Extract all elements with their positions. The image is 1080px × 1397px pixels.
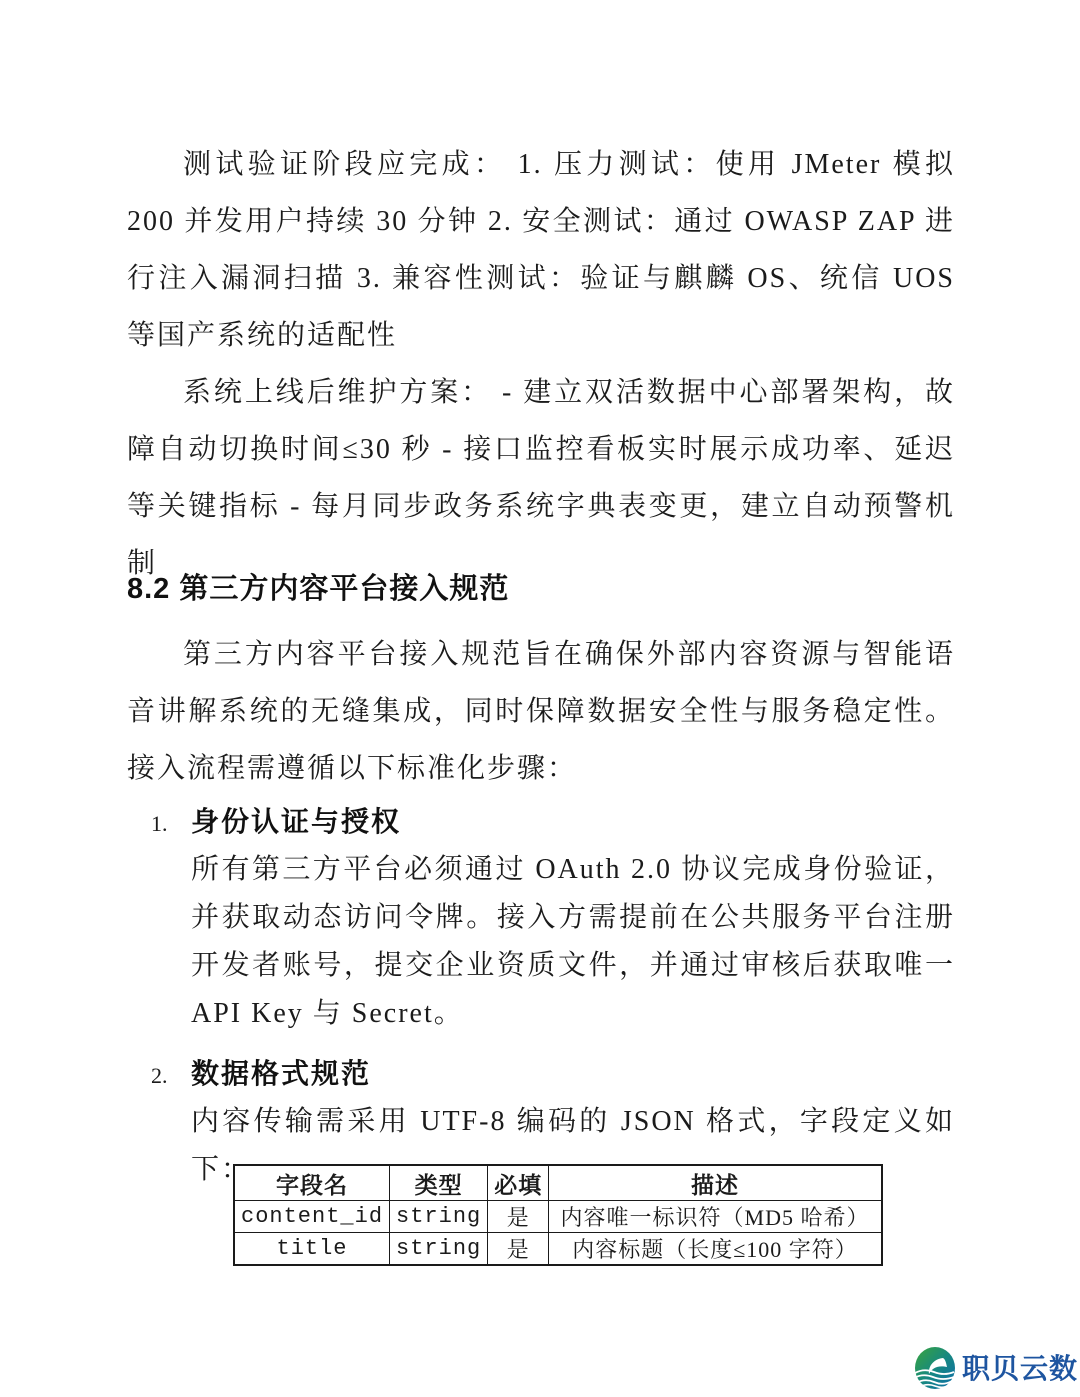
document-page: 测试验证阶段应完成： 1. 压力测试：使用 JMeter 模拟 200 并发用户… [0,0,1080,1397]
cell-field-name: title [234,1233,390,1266]
fields-table: 字段名 类型 必填 描述 content_id string 是 内容唯一标识符… [233,1164,883,1266]
table-row: title string 是 内容标题（长度≤100 字符） [234,1233,882,1266]
wave-globe-icon [913,1346,959,1392]
cell-description: 内容唯一标识符（MD5 哈希） [549,1201,882,1233]
cell-required: 是 [488,1233,549,1266]
paragraph-test-verification: 测试验证阶段应完成： 1. 压力测试：使用 JMeter 模拟 200 并发用户… [127,136,955,364]
list-item-data-format: 2. 数据格式规范 内容传输需采用 UTF-8 编码的 JSON 格式，字段定义… [127,1050,955,1146]
list-item-number: 1. [151,800,191,848]
document-content: 测试验证阶段应完成： 1. 压力测试：使用 JMeter 模拟 200 并发用户… [127,136,955,1266]
list-item-number: 2. [151,1052,191,1100]
list-item-body: 内容传输需采用 UTF-8 编码的 JSON 格式，字段定义如下： [191,1098,955,1146]
table-header-field-name: 字段名 [234,1165,390,1201]
table-row: content_id string 是 内容唯一标识符（MD5 哈希） [234,1201,882,1233]
list-item-title: 身份认证与授权 [191,798,401,846]
intro-paragraph: 第三方内容平台接入规范旨在确保外部内容资源与智能语音讲解系统的无缝集成，同时保障… [127,626,955,797]
list-item-body: 所有第三方平台必须通过 OAuth 2.0 协议完成身份验证，并获取动态访问令牌… [191,846,955,1038]
paragraph-maintenance-plan: 系统上线后维护方案： - 建立双活数据中心部署架构，故障自动切换时间≤30 秒 … [127,364,955,535]
list-item-title: 数据格式规范 [191,1050,371,1098]
list-item-heading: 1. 身份认证与授权 [127,798,955,846]
table-header-required: 必填 [488,1165,549,1201]
section-heading: 8.2 第三方内容平台接入规范 [127,569,955,609]
cell-type: string [390,1233,488,1266]
cell-type: string [390,1201,488,1233]
table-header-type: 类型 [390,1165,488,1201]
cell-field-name: content_id [234,1201,390,1233]
cell-description: 内容标题（长度≤100 字符） [549,1233,882,1266]
brand-watermark: 职贝云数 [913,1346,1078,1392]
ordered-list: 1. 身份认证与授权 所有第三方平台必须通过 OAuth 2.0 协议完成身份验… [127,798,955,1146]
table-header-row: 字段名 类型 必填 描述 [234,1165,882,1201]
cell-required: 是 [488,1201,549,1233]
list-item-auth: 1. 身份认证与授权 所有第三方平台必须通过 OAuth 2.0 协议完成身份验… [127,798,955,1038]
table-header-description: 描述 [549,1165,882,1201]
list-item-heading: 2. 数据格式规范 [127,1050,955,1098]
brand-name: 职贝云数 [962,1355,1078,1383]
